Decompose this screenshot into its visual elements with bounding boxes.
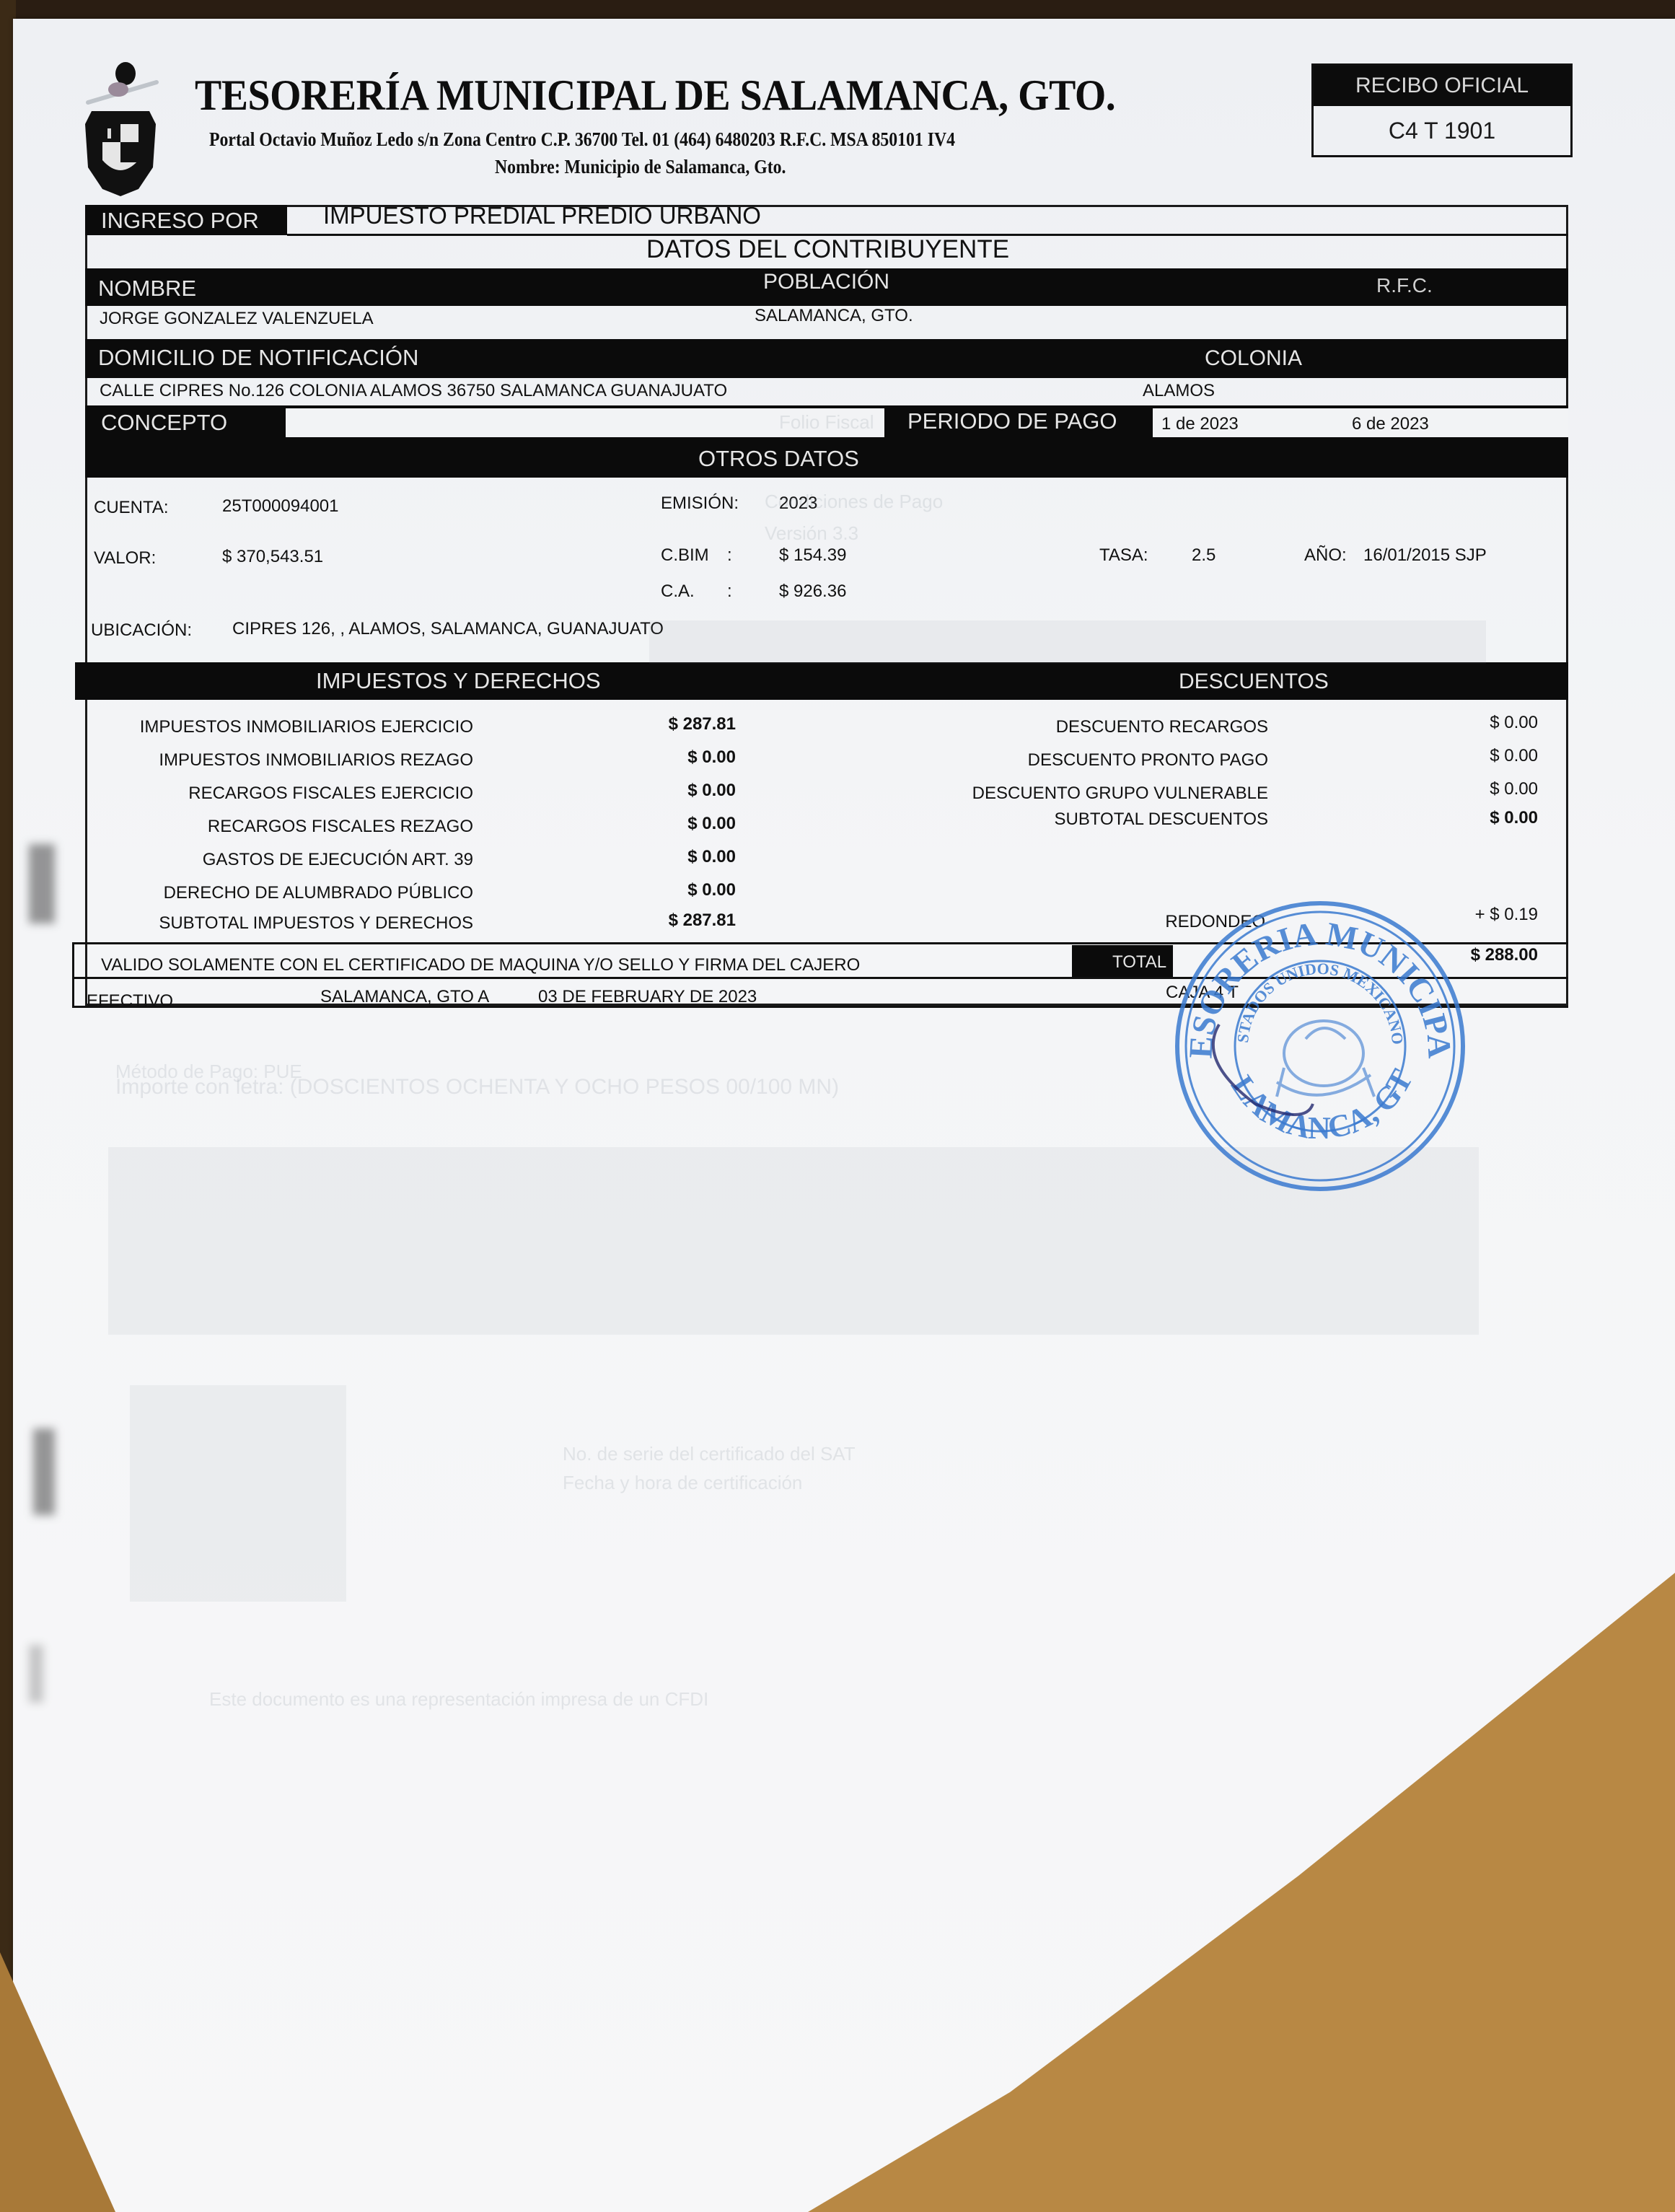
- show-through-text: Este documento es una representación imp…: [209, 1688, 708, 1711]
- valor-value: $ 370,543.51: [222, 547, 323, 567]
- anio-label: AÑO:: [1304, 545, 1347, 566]
- show-through-text: Importe con letra: (DOSCIENTOS OCHENTA Y…: [115, 1075, 839, 1100]
- otros-datos-title: OTROS DATOS: [698, 446, 859, 472]
- receipt-box-label: RECIBO OFICIAL: [1314, 66, 1570, 106]
- impuesto-item-label: DERECHO DE ALUMBRADO PÚBLICO: [94, 883, 473, 903]
- impuesto-item-amount: $ 0.00: [635, 847, 736, 867]
- impuesto-item-label: RECARGOS FISCALES REZAGO: [94, 817, 473, 837]
- toner-smudge: [29, 1645, 43, 1703]
- show-through-text: Versión 3.3: [765, 522, 858, 545]
- show-through-text: Condiciones de Pago: [765, 491, 943, 513]
- impuesto-item-label: GASTOS DE EJECUCIÓN ART. 39: [94, 850, 473, 870]
- valor-label: VALOR:: [94, 548, 156, 569]
- show-through-block: [649, 620, 1486, 664]
- descuento-item-amount: $ 0.00: [1450, 779, 1538, 799]
- show-through-text: Fecha y hora de certificación: [563, 1472, 802, 1494]
- colonia-label: COLONIA: [1205, 346, 1302, 371]
- contribuyente-header-bar: NOMBRE POBLACIÓN R.F.C.: [85, 268, 1568, 306]
- anio-value: 16/01/2015 SJP: [1363, 545, 1487, 566]
- emision-label: EMISIÓN:: [661, 493, 739, 514]
- descuento-item-label: DESCUENTO RECARGOS: [938, 717, 1268, 737]
- receipt-number-box: RECIBO OFICIAL C4 T 1901: [1311, 63, 1573, 157]
- ca-sep: :: [727, 581, 732, 602]
- toner-smudge: [33, 1428, 55, 1515]
- impuesto-item-amount: $ 0.00: [635, 781, 736, 801]
- ubicacion-label: UBICACIÓN:: [91, 620, 192, 641]
- descuentos-subtotal-label: SUBTOTAL DESCUENTOS: [938, 809, 1268, 830]
- cbim-value: $ 154.39: [779, 545, 846, 566]
- periodo-hasta: 6 de 2023: [1352, 414, 1429, 434]
- domicilio-header-bar: DOMICILIO DE NOTIFICACIÓN COLONIA: [85, 339, 1568, 378]
- periodo-field: 1 de 2023 6 de 2023: [1153, 408, 1568, 437]
- show-through-text: No. de serie del certificado del SAT: [563, 1443, 856, 1465]
- tasa-label: TASA:: [1099, 545, 1148, 566]
- nombre-value: JORGE GONZALEZ VALENZUELA: [100, 309, 374, 329]
- impuesto-item-amount: $ 0.00: [635, 814, 736, 834]
- impuesto-item-label: IMPUESTOS INMOBILIARIOS EJERCICIO: [94, 717, 473, 737]
- total-label-cell: TOTAL: [1072, 945, 1173, 977]
- impuestos-subtotal-label: SUBTOTAL IMPUESTOS Y DERECHOS: [94, 913, 473, 934]
- issuer-title: TESORERÍA MUNICIPAL DE SALAMANCA, GTO.: [195, 71, 1134, 120]
- cbim-sep: :: [727, 545, 732, 566]
- show-through-qr: [130, 1385, 346, 1602]
- divider: [72, 942, 74, 1007]
- rfc-label: R.F.C.: [1376, 274, 1433, 297]
- issuer-name-line: Nombre: Municipio de Salamanca, Gto.: [495, 156, 786, 178]
- ubicacion-value: CIPRES 126, , ALAMOS, SALAMANCA, GUANAJU…: [232, 619, 664, 639]
- cbim-label: C.BIM: [661, 545, 709, 566]
- issue-place: SALAMANCA, GTO A: [320, 987, 489, 1007]
- impuesto-item-amount: $ 287.81: [635, 714, 736, 734]
- poblacion-value: SALAMANCA, GTO.: [755, 306, 913, 326]
- impuestos-title: IMPUESTOS Y DERECHOS: [316, 668, 601, 694]
- ingreso-label: INGRESO POR: [101, 208, 259, 234]
- nombre-label: NOMBRE: [98, 276, 196, 302]
- payment-method: EFECTIVO: [87, 991, 173, 1011]
- descuento-item-amount: $ 0.00: [1450, 713, 1538, 733]
- periodo-label: PERIODO DE PAGO: [907, 408, 1117, 434]
- cuenta-label: CUENTA:: [94, 498, 169, 518]
- show-through-text: Folio Fiscal: [779, 411, 874, 434]
- otros-datos-bar: OTROS DATOS: [85, 440, 1568, 478]
- periodo-desde: 1 de 2023: [1161, 414, 1239, 434]
- impuestos-descuentos-bar: IMPUESTOS Y DERECHOS DESCUENTOS: [75, 662, 1568, 700]
- domicilio-value: CALLE CIPRES No.126 COLONIA ALAMOS 36750…: [100, 381, 727, 401]
- descuentos-subtotal-value: $ 0.00: [1450, 808, 1538, 828]
- impuesto-item-label: IMPUESTOS INMOBILIARIOS REZAGO: [94, 750, 473, 771]
- receipt-number: C4 T 1901: [1314, 106, 1570, 155]
- colonia-value: ALAMOS: [1143, 381, 1215, 401]
- descuento-item-label: DESCUENTO GRUPO VULNERABLE: [938, 784, 1268, 804]
- impuesto-item-label: RECARGOS FISCALES EJERCICIO: [94, 784, 473, 804]
- total-label: TOTAL: [1112, 952, 1166, 973]
- issue-date: 03 DE FEBRUARY DE 2023: [538, 987, 757, 1007]
- ca-label: C.A.: [661, 581, 695, 602]
- toner-smudge: [29, 844, 55, 923]
- poblacion-label: POBLACIÓN: [763, 270, 889, 294]
- issuer-address: Portal Octavio Muñoz Ledo s/n Zona Centr…: [209, 128, 1098, 151]
- descuentos-title: DESCUENTOS: [1179, 670, 1329, 694]
- contribuyente-section-title: DATOS DEL CONTRIBUYENTE: [646, 235, 1009, 264]
- descuento-item-amount: $ 0.00: [1450, 746, 1538, 766]
- validity-note: VALIDO SOLAMENTE CON EL CERTIFICADO DE M…: [101, 955, 860, 975]
- tasa-value: 2.5: [1192, 545, 1215, 566]
- domicilio-label: DOMICILIO DE NOTIFICACIÓN: [98, 345, 418, 371]
- cuenta-value: 25T000094001: [222, 496, 338, 517]
- concepto-label: CONCEPTO: [101, 410, 227, 436]
- ca-value: $ 926.36: [779, 581, 846, 602]
- impuesto-item-amount: $ 0.00: [635, 747, 736, 768]
- impuestos-subtotal-value: $ 287.81: [635, 910, 736, 931]
- ingreso-label-cell: INGRESO POR: [85, 205, 287, 235]
- municipal-crest-icon: [81, 52, 160, 196]
- official-seal-stamp: TESORERIA MUNICIPAL SALAMANCA, GTO. ESTA…: [1169, 895, 1472, 1198]
- ingreso-value: IMPUESTO PREDIAL PREDIO URBANO: [323, 202, 761, 229]
- descuento-item-label: DESCUENTO PRONTO PAGO: [938, 750, 1268, 771]
- impuesto-item-amount: $ 0.00: [635, 880, 736, 900]
